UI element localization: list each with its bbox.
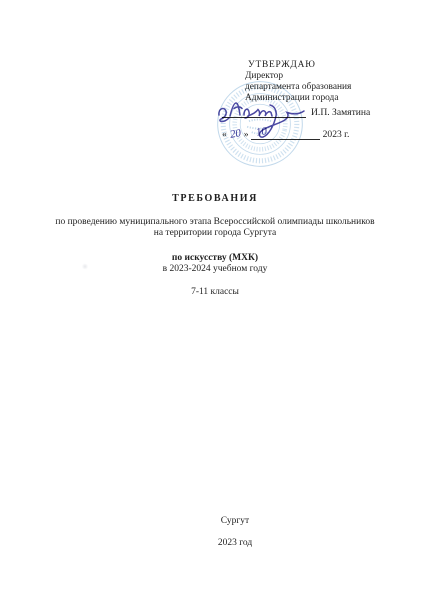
- academic-year-line: в 2023-2024 учебном году: [6, 264, 424, 274]
- approval-heading: УТВЕРЖДАЮ: [248, 60, 351, 71]
- handwritten-day: 20: [229, 128, 242, 140]
- date-line: 10: [251, 127, 320, 140]
- subtitle-line-2: на территории города Сургута: [6, 228, 424, 238]
- approval-block: УТВЕРЖДАЮ Директор департамента образова…: [245, 60, 351, 104]
- scan-artifact: [82, 263, 88, 270]
- signature-line: [222, 105, 306, 118]
- handwritten-month: 10: [255, 126, 268, 138]
- approval-position-line-1: Директор: [245, 71, 351, 82]
- subject-line: по искусству (МХК): [6, 253, 424, 263]
- signer-name: И.П. Замятина: [311, 107, 370, 118]
- footer-year: 2023 год: [26, 538, 424, 548]
- document-title: ТРЕБОВАНИЯ: [6, 194, 424, 204]
- approval-position-line-3: Администрации города: [245, 93, 351, 104]
- date-close-quote: »: [244, 129, 249, 140]
- approval-position-line-2: департамента образования: [245, 82, 351, 93]
- footer-city: Сургут: [26, 516, 424, 526]
- date-row: « 20 » 10 2023 г.: [222, 127, 349, 140]
- subtitle-line-1: по проведению муниципального этапа Всеро…: [6, 217, 424, 227]
- grades-line: 7-11 классы: [6, 287, 424, 297]
- signature-row: И.П. Замятина: [222, 105, 370, 118]
- document-page: УТВЕРЖДАЮ Директор департамента образова…: [0, 0, 424, 599]
- date-year: 2023 г.: [323, 129, 350, 140]
